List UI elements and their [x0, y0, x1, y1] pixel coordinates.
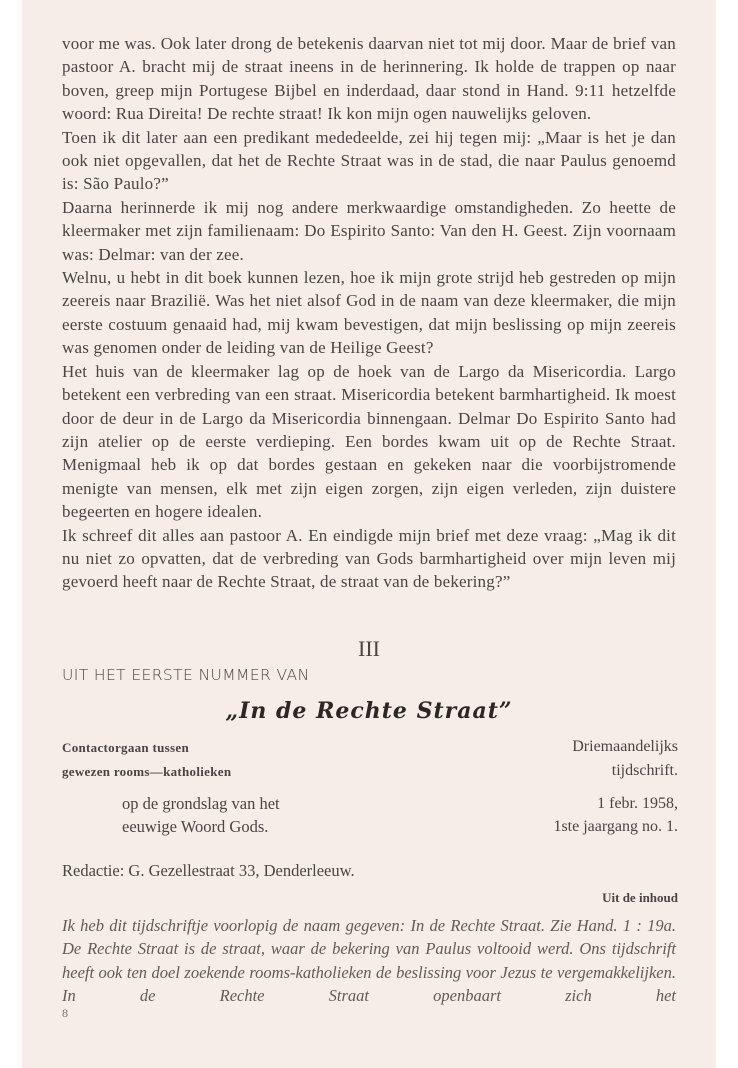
- editorial-address: Redactie: G. Gezellestraat 33, Denderlee…: [62, 861, 355, 881]
- masthead-frequency-line: tijdschrift.: [572, 759, 678, 783]
- masthead-subtitle-line: gewezen rooms—katholieken: [62, 760, 231, 784]
- excerpt-paragraph: Ik heb dit tijdschriftje voorlopig de na…: [62, 914, 676, 1008]
- paragraph: Toen ik dit later aan een predikant mede…: [62, 126, 676, 196]
- masthead-issue-date: 1 febr. 1958,: [553, 792, 678, 815]
- page-number: 8: [62, 1006, 68, 1021]
- publication-title: „In de Rechte Straat”: [22, 698, 716, 724]
- paragraph: Welnu, u hebt in dit boek kunnen lezen, …: [62, 266, 676, 360]
- paragraph: Daarna herinnerde ik mij nog andere merk…: [62, 196, 676, 266]
- excerpt-text: Ik heb dit tijdschriftje voorlopig de na…: [62, 914, 676, 1008]
- paragraph: voor me was. Ook later drong de betekeni…: [62, 32, 676, 126]
- book-page: voor me was. Ook later drong de betekeni…: [22, 0, 716, 1068]
- masthead-foundation-line: op de grondslag van het: [122, 792, 280, 815]
- masthead-frequency-line: Driemaandelijks: [572, 735, 678, 759]
- section-numeral: III: [22, 636, 716, 662]
- masthead-issue-number: 1ste jaargang no. 1.: [553, 815, 678, 838]
- masthead-subtitle-line: Contactorgaan tussen: [62, 736, 231, 760]
- section-heading: UIT HET EERSTE NUMMER VAN: [62, 666, 310, 684]
- excerpt-label: Uit de inhoud: [602, 890, 678, 906]
- paragraph: Ik schreef dit alles aan pastoor A. En e…: [62, 524, 676, 594]
- body-text: voor me was. Ook later drong de betekeni…: [62, 32, 676, 594]
- masthead-foundation-line: eeuwige Woord Gods.: [122, 815, 280, 838]
- masthead-foundation: op de grondslag van het eeuwige Woord Go…: [122, 792, 280, 838]
- masthead-issue: 1 febr. 1958, 1ste jaargang no. 1.: [553, 792, 678, 838]
- masthead-frequency: Driemaandelijks tijdschrift.: [572, 735, 678, 783]
- masthead-subtitle: Contactorgaan tussen gewezen rooms—katho…: [62, 736, 231, 784]
- paragraph: Het huis van de kleermaker lag op de hoe…: [62, 360, 676, 524]
